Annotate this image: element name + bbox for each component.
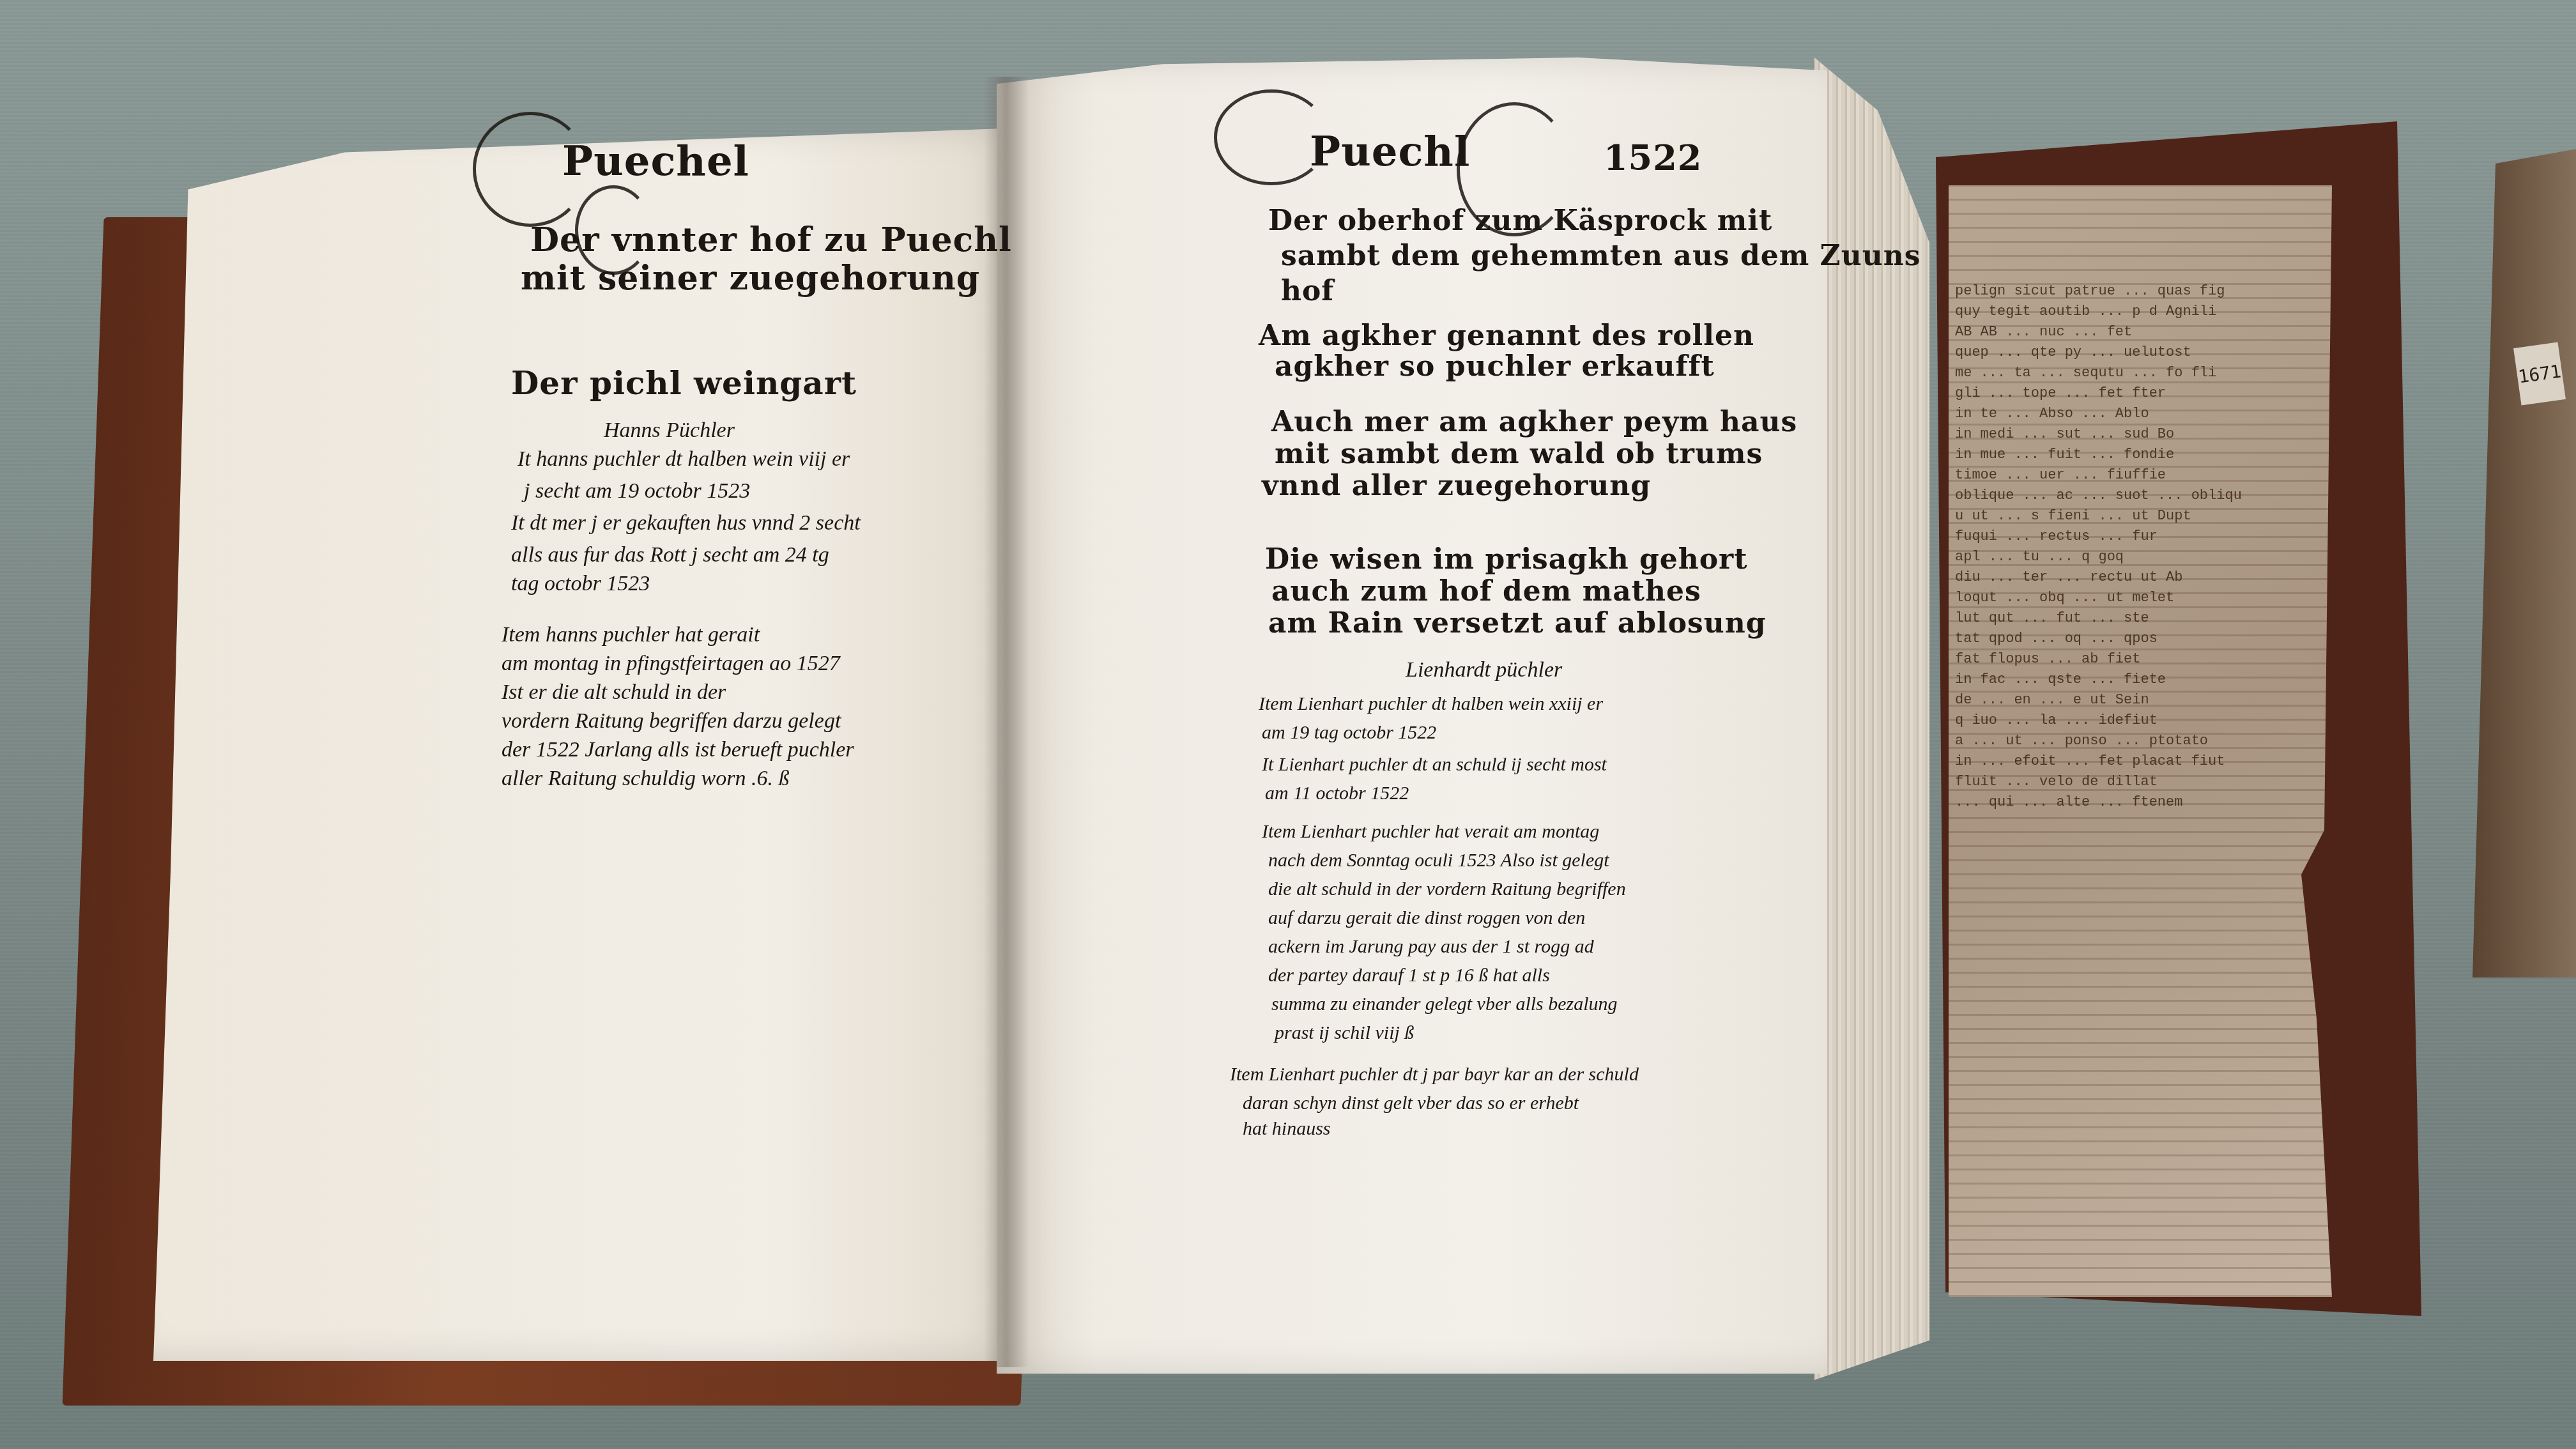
right-title-line: Die wisen im prisagkh gehort: [1265, 543, 1748, 576]
vellum-manuscript-text: pelign sicut patrue ... quas fig quy teg…: [1955, 281, 2198, 813]
right-page-heading: Puechl: [1310, 128, 1470, 176]
right-title-line: mit sambt dem wald ob trums: [1275, 438, 1763, 470]
left-section-heading: Der pichl weingart: [511, 364, 857, 402]
shelf-label: 1671: [2513, 342, 2566, 406]
left-entry: vordern Raitung begriffen darzu gelegt: [502, 709, 841, 733]
left-entry: alls aus fur das Rott j secht am 24 tg: [511, 543, 829, 567]
right-title-line: sambt dem gehemmten aus dem Zuuns: [1281, 240, 1920, 272]
left-entry: am montag in pfingstfeirtagen ao 1527: [502, 652, 840, 676]
right-entry: nach dem Sonntag oculi 1523 Also ist gel…: [1268, 850, 1609, 871]
right-title-line: Auch mer am agkher peym haus: [1271, 406, 1797, 438]
left-entry: j secht am 19 octobr 1523: [524, 479, 750, 503]
left-entry: tag octobr 1523: [511, 572, 650, 596]
left-entry: It hanns puchler dt halben wein viij er: [517, 447, 850, 471]
left-entry: aller Raitung schuldig worn .6. ß: [502, 767, 790, 791]
left-entry: Item hanns puchler hat gerait: [502, 623, 760, 647]
right-entry: die alt schuld in der vordern Raitung be…: [1268, 878, 1626, 900]
left-title-line: mit seiner zuegehorung: [521, 259, 980, 298]
right-entry: daran schyn dinst gelt vber das so er er…: [1243, 1092, 1579, 1114]
right-title-line: agkher so puchler erkaufft: [1275, 350, 1715, 383]
left-entry: It dt mer j er gekauften hus vnnd 2 sech…: [511, 511, 861, 535]
right-entry: am 11 octobr 1522: [1265, 783, 1409, 804]
right-entry: Item Lienhart puchler dt j par bayr kar …: [1230, 1064, 1639, 1085]
left-name-heading: Hanns Püchler: [604, 418, 735, 443]
right-title-line: Der oberhof zum Käsprock mit: [1268, 204, 1772, 237]
right-name-heading: Lienhardt püchler: [1406, 658, 1562, 682]
right-entry: summa zu einander gelegt vber alls bezal…: [1271, 993, 1618, 1015]
book-gutter: [984, 77, 1029, 1367]
right-entry: It Lienhart puchler dt an schuld ij sech…: [1262, 754, 1607, 776]
right-title-line: vnnd aller zuegehorung: [1262, 470, 1651, 502]
year-label: 1522: [1604, 137, 1702, 178]
left-page-heading: Puechel: [562, 137, 749, 185]
left-entry: Ist er die alt schuld in der: [502, 680, 726, 705]
right-title-line: am Rain versetzt auf ablosung: [1268, 607, 1767, 640]
left-entry: der 1522 Jarlang alls ist berueft puchle…: [502, 738, 854, 762]
right-entry: Item Lienhart puchler hat verait am mont…: [1262, 821, 1599, 843]
right-title-line: Am agkher genannt des rollen: [1259, 319, 1754, 352]
right-entry: ackern im Jarung pay aus der 1 st rogg a…: [1268, 936, 1594, 958]
right-entry: auf darzu gerait die dinst roggen von de…: [1268, 907, 1585, 929]
right-entry: der partey darauf 1 st p 16 ß hat alls: [1268, 965, 1550, 986]
left-title-line: Der vnnter hof zu Puechl: [530, 220, 1012, 259]
right-title-line: hof: [1281, 275, 1334, 307]
right-title-line: auch zum hof dem mathes: [1271, 575, 1701, 608]
right-entry: hat hinauss: [1243, 1118, 1331, 1140]
right-entry: am 19 tag octobr 1522: [1262, 722, 1436, 744]
right-entry: Item Lienhart puchler dt halben wein xxi…: [1259, 693, 1603, 715]
right-entry: prast ij schil viij ß: [1275, 1022, 1414, 1044]
